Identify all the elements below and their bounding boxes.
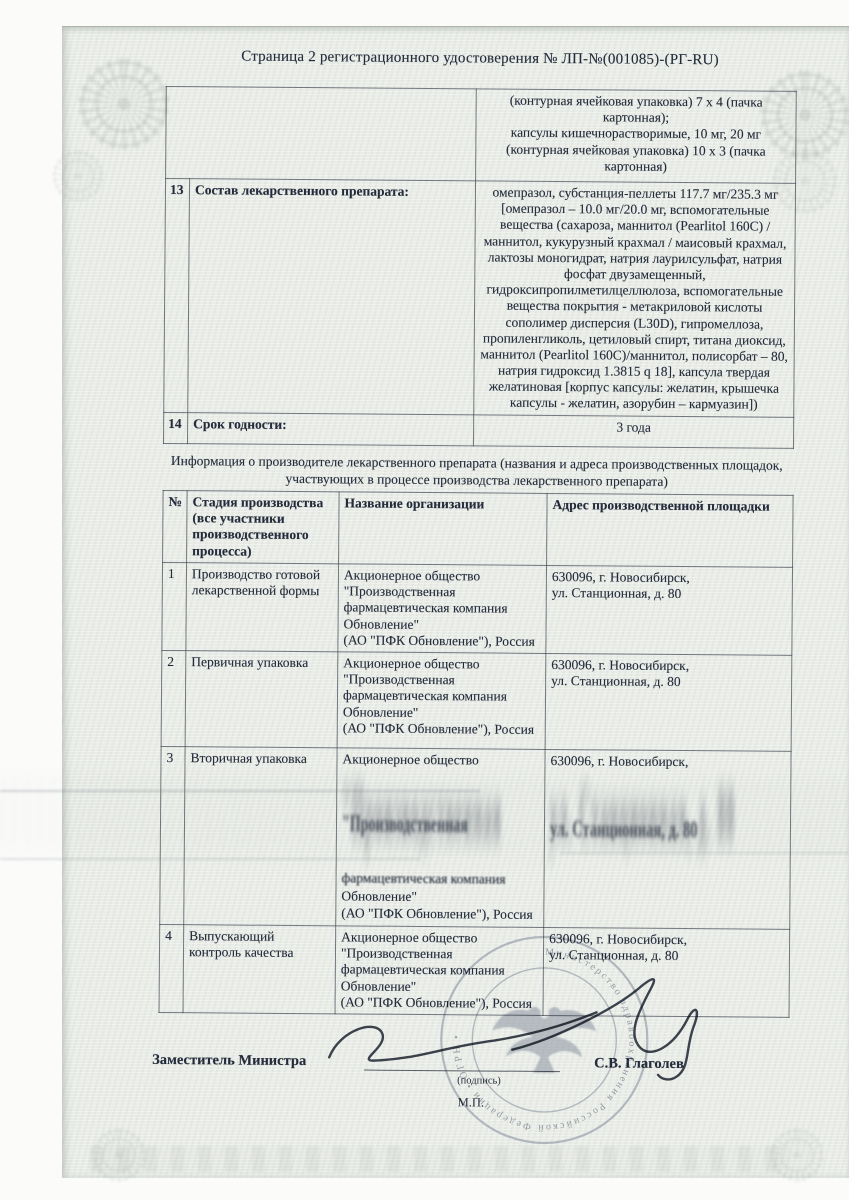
- handwritten-signature: [0, 0, 849, 1200]
- scan-motion-blur-band: [0, 761, 849, 872]
- scan-streak: [0, 858, 420, 860]
- scan-streak: [560, 852, 849, 854]
- document-content: Страница 2 регистрационного удостоверени…: [0, 0, 849, 1200]
- scan-streak: [0, 790, 480, 792]
- scanned-document-page: Страница 2 регистрационного удостоверени…: [0, 0, 849, 1200]
